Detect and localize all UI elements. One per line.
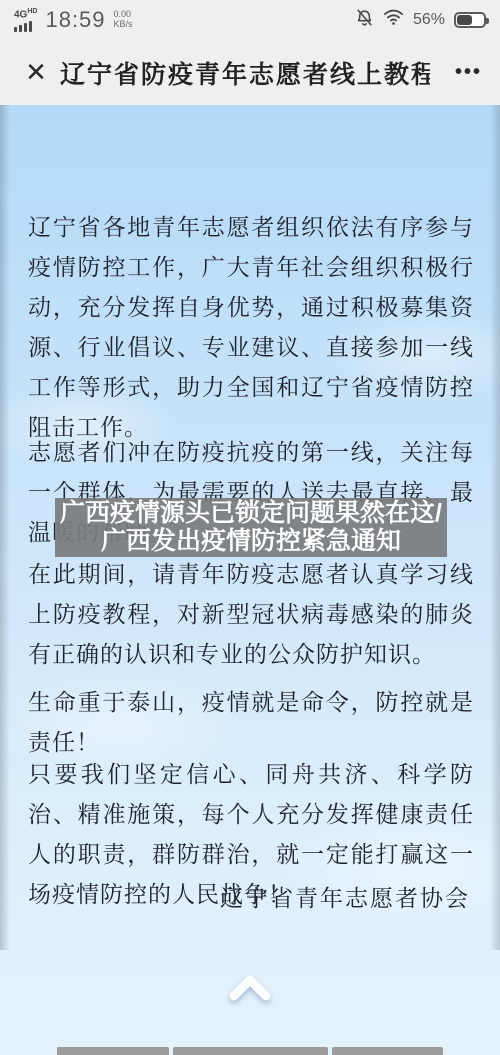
signal-bars-icon	[14, 21, 32, 32]
bell-muted-icon	[355, 8, 374, 32]
image-left-edge-shadow	[0, 105, 10, 950]
wifi-icon	[383, 9, 404, 31]
article-paragraph: 生命重于泰山，疫情就是命令，防控就是责任！	[28, 683, 474, 763]
image-right-edge-shadow	[490, 105, 500, 950]
close-icon[interactable]: ✕	[18, 58, 54, 88]
bottom-sheet-button[interactable]	[173, 1047, 328, 1055]
article-image[interactable]: 辽宁省各地青年志愿者组织依法有序参与疫情防控工作，广大青年社会组织积极行动，充分…	[0, 105, 500, 1055]
network-type-label: 4GHD	[14, 8, 37, 20]
article-signature: 辽宁省青年志愿者协会	[220, 880, 470, 913]
bottom-sheet-button[interactable]	[332, 1047, 443, 1055]
bottom-sheet-peek	[0, 1047, 500, 1055]
status-right: 56%	[355, 8, 486, 32]
video-caption-overlay: 广西疫情源头已锁定问题果然在这/广西发出疫情防控紧急通知	[55, 498, 447, 557]
title-bar: ✕ 辽宁省防疫青年志愿者线上教程⋯ •••	[0, 40, 500, 105]
chevron-up-icon[interactable]	[224, 967, 276, 1011]
network-speed: 0.00 KB/s	[114, 10, 133, 30]
battery-icon	[454, 12, 486, 28]
more-menu-icon[interactable]: •••	[455, 61, 482, 84]
signal-icon: 4GHD	[14, 8, 37, 32]
battery-percent-text: 56%	[413, 11, 445, 29]
page-title: 辽宁省防疫青年志愿者线上教程⋯	[60, 55, 430, 91]
status-left: 4GHD 18:59 0.00 KB/s	[14, 7, 133, 33]
bottom-sheet-button[interactable]	[57, 1047, 169, 1055]
speed-unit: KB/s	[114, 20, 133, 30]
status-bar: 4GHD 18:59 0.00 KB/s 56%	[0, 0, 500, 40]
article-paragraph: 辽宁省各地青年志愿者组织依法有序参与疫情防控工作，广大青年社会组织积极行动，充分…	[28, 208, 474, 448]
article-paragraph: 在此期间，请青年防疫志愿者认真学习线上防疫教程，对新型冠状病毒感染的肺炎有正确的…	[28, 555, 474, 675]
clock-text: 18:59	[45, 7, 105, 33]
